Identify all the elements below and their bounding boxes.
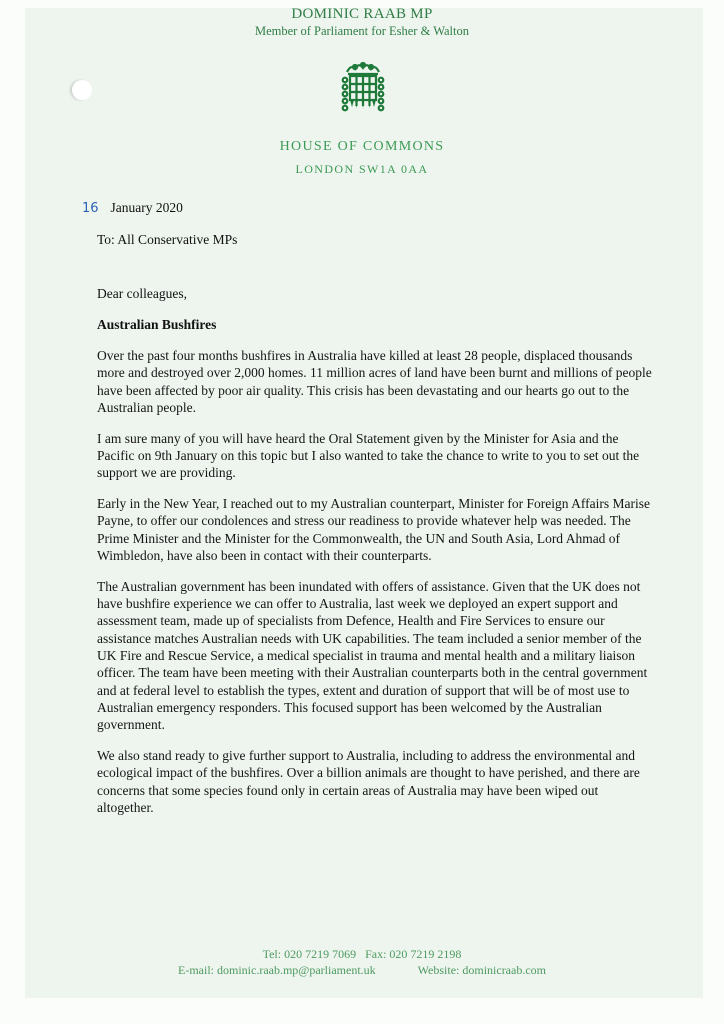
letter-body: Over the past four months bushfires in A… (97, 347, 657, 830)
handwritten-day: 16 (82, 201, 99, 216)
salutation: Dear colleagues, (97, 286, 187, 302)
paragraph: We also stand ready to give further supp… (97, 747, 657, 816)
footer-email[interactable]: E-mail: dominic.raab.mp@parliament.uk (178, 963, 376, 977)
footer-website[interactable]: Website: dominicraab.com (418, 963, 546, 977)
recipient: To: All Conservative MPs (97, 232, 237, 248)
subject-heading: Australian Bushfires (97, 317, 216, 333)
printed-date: January 2020 (111, 200, 183, 215)
letter-date: 16January 2020 (82, 200, 183, 216)
mp-name: DOMINIC RAAB MP (0, 6, 724, 23)
footer-phone-line: Tel: 020 7219 7069 Fax: 020 7219 2198 (0, 947, 724, 962)
footer-contact-line: E-mail: dominic.raab.mp@parliament.ukWeb… (0, 963, 724, 978)
paragraph: Over the past four months bushfires in A… (97, 347, 657, 416)
footer-tel: Tel: 020 7219 7069 (263, 947, 357, 961)
paragraph: Early in the New Year, I reached out to … (97, 495, 657, 564)
punch-hole (72, 80, 92, 100)
portcullis-icon (341, 60, 385, 112)
address: LONDON SW1A 0AA (0, 162, 724, 177)
paragraph: I am sure many of you will have heard th… (97, 430, 657, 482)
constituency: Member of Parliament for Esher & Walton (0, 24, 724, 39)
paragraph: The Australian government has been inund… (97, 578, 657, 734)
house-of-commons: HOUSE OF COMMONS (0, 139, 724, 155)
footer-fax: Fax: 020 7219 2198 (365, 947, 461, 961)
